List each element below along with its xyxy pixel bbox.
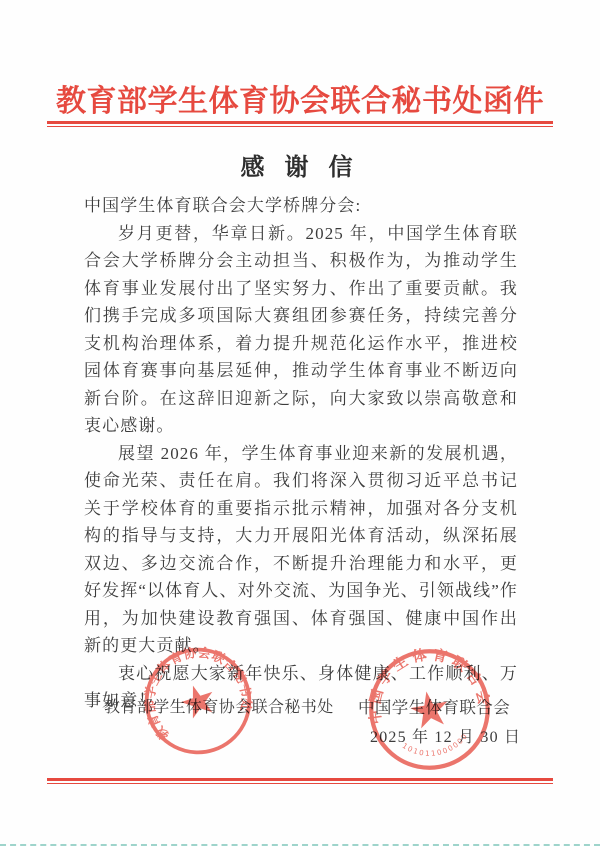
footer-rule <box>47 778 553 784</box>
salutation: 中国学生体育联合会大学桥牌分会: <box>84 192 518 220</box>
masthead-rule-thick <box>47 121 553 124</box>
masthead-title: 教育部学生体育协会联合秘书处函件 <box>0 76 600 120</box>
paragraph-1: 岁月更替，华章日新。2025 年，中国学生体育联合会大学桥牌分会主动担当、积极作… <box>84 220 518 440</box>
official-seal-right: ★ 中国学生体育联合会 11010110000001 <box>356 636 503 783</box>
footer-rule-thin <box>47 783 553 785</box>
letter-body: 中国学生体育联合会大学桥牌分会: 岁月更替，华章日新。2025 年，中国学生体育… <box>84 192 518 715</box>
star-icon: ★ <box>403 679 456 742</box>
paragraph-2: 展望 2026 年，学生体育事业迎来新的发展机遇，使命光荣、责任在肩。我们将深入… <box>84 440 518 660</box>
footer-rule-thick <box>47 778 553 781</box>
letter-title: 感 谢 信 <box>0 147 600 182</box>
star-icon: ★ <box>172 672 224 731</box>
document-page: 教育部学生体育协会联合秘书处函件 感 谢 信 中国学生体育联合会大学桥牌分会: … <box>0 0 600 846</box>
masthead-rule <box>47 121 553 127</box>
masthead-rule-thin <box>47 126 553 128</box>
